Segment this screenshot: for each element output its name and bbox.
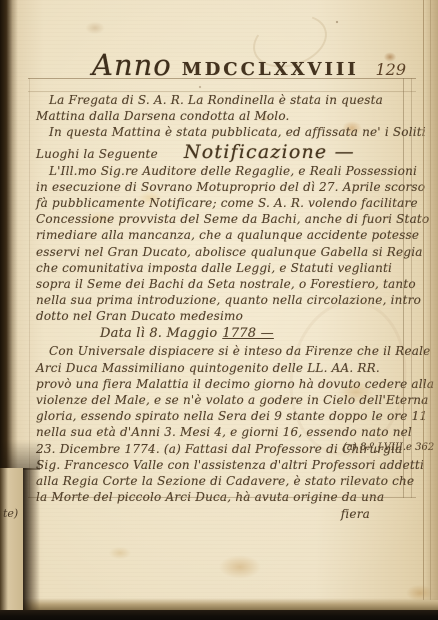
manuscript-line: Mattina dalla Darsena condotta al Molo. xyxy=(36,108,410,124)
manuscript-line: gloria, essendo spirato nella Sera dei 9… xyxy=(36,408,410,424)
folio-number: 129 xyxy=(375,60,406,79)
manuscript-line: La Fregata di S. A. R. La Rondinella è s… xyxy=(36,92,410,108)
manuscript-line: nella sua prima introduzione, quanto nel… xyxy=(36,292,410,308)
dateline: Data lì 8. Maggio1778 — xyxy=(36,324,410,343)
manuscript-line: fà pubblicamente Notificare; come S. A. … xyxy=(36,195,410,211)
binding-gutter-shadow xyxy=(0,0,18,468)
manuscript-line: Sig. Francesco Valle con l'assistenza d'… xyxy=(36,457,410,473)
manuscript-line: che comunitativa imposta dalle Leggi, e … xyxy=(36,260,410,276)
manuscript-line: Con Universale dispiacere si è inteso da… xyxy=(36,343,410,359)
heading-year-roman: MDCCLXXVIII xyxy=(182,59,359,80)
manuscript-line: la Morte del piccolo Arci Duca, hà avuta… xyxy=(36,489,410,505)
manuscript-line: rimediare alla mancanza, che a qualunque… xyxy=(36,227,410,243)
manuscript-line: alla Regia Corte la Sezione di Cadavere,… xyxy=(36,473,410,489)
page-heading: Anno MDCCLXXVIII 129 xyxy=(30,48,414,80)
dateline-year: 1778 — xyxy=(222,326,273,341)
manuscript-line: esservi nel Gran Ducato, abolisce qualun… xyxy=(36,244,410,260)
line-prefix: Luoghi la Seguente xyxy=(36,143,158,165)
manuscript-line: Concessione provvista del Seme da Bachi,… xyxy=(36,211,410,227)
binding-gutter-shadow xyxy=(0,440,40,470)
manuscript-line: in esecuzione di Sovrano Motuproprio del… xyxy=(36,179,410,195)
manuscript-line: provò una fiera Malattia il decimo giorn… xyxy=(36,376,410,392)
manuscript-line: In questa Mattina è stata pubblicata, ed… xyxy=(36,124,410,140)
notification-title: Notificazione — xyxy=(184,141,355,163)
catchword: fiera xyxy=(36,505,410,523)
manuscript-line: Arci Duca Massimiliano quintogenito dell… xyxy=(36,360,410,376)
facing-page-edge xyxy=(0,468,23,612)
manuscript-text-block: La Fregata di S. A. R. La Rondinella è s… xyxy=(36,92,410,523)
heading-anno: Anno xyxy=(92,48,172,82)
facing-page-note: te) xyxy=(3,507,18,520)
manuscript-line: sopra il Seme dei Bachi da Seta nostrale… xyxy=(36,276,410,292)
dateline-text: Data lì 8. Maggio xyxy=(100,326,217,341)
manuscript-photo: Anno MDCCLXXVIII 129 La Fregata di S. A.… xyxy=(0,0,438,620)
page-edge-line xyxy=(430,0,431,600)
binding-gutter-shadow xyxy=(23,468,40,612)
manuscript-line: nella sua età d'Anni 3. Mesi 4, e giorni… xyxy=(36,424,410,440)
frame-rule-left xyxy=(29,78,30,498)
manuscript-line: Luoghi la Seguente Notificazione — xyxy=(36,141,410,163)
manuscript-line: L'Ill.mo Sig.re Auditore delle Regaglie,… xyxy=(36,163,410,179)
table-shadow xyxy=(0,610,438,620)
manuscript-line: dotto nel Gran Ducato medesimo xyxy=(36,308,410,324)
manuscript-line: violenze del Male, e se n'è volato a god… xyxy=(36,392,410,408)
margin-reference-note: (a) 8.º J.VIII.e 362 xyxy=(343,442,434,453)
